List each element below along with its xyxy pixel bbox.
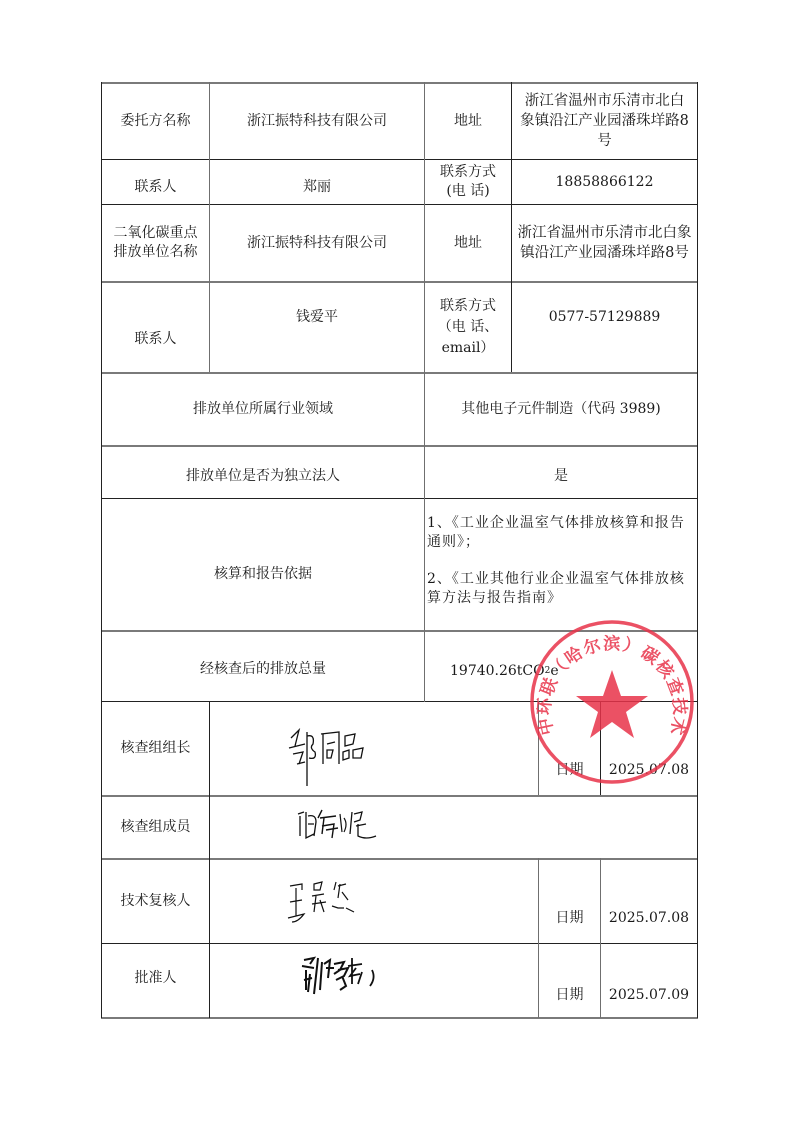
handwritten-signature-icon — [296, 804, 380, 844]
client-address-label: 地址 — [425, 83, 511, 159]
total-emissions-suffix: e — [550, 662, 558, 681]
emitter-address-label: 地址 — [425, 205, 511, 281]
col-divider — [209, 701, 210, 1018]
team-leader-signature — [285, 724, 367, 788]
basis-item: 2、《工业其他行业企业温室气体排放核算方法与报告指南》 — [427, 570, 695, 608]
team-member-label: 核查组成员 — [102, 797, 209, 858]
total-emissions-label: 经核查后的排放总量 — [102, 631, 424, 701]
total-emissions-value: 19740.26tCO2e — [425, 631, 697, 701]
total-emissions-main: 19740.26tCO — [450, 662, 545, 681]
team-member-signature — [296, 804, 380, 844]
client-contact-phone: 18858866122 — [512, 160, 697, 204]
tech-reviewer-signature — [286, 878, 358, 934]
basis-list: 1、《工业企业温室气体排放核算和报告通则》； 2、《工业其他行业企业温室气体排放… — [425, 499, 697, 630]
client-contact-label: 联系人 — [102, 160, 209, 204]
industry-value: 其他电子元件制造（代码 3989) — [425, 373, 697, 445]
team-leader-label: 核查组组长 — [102, 702, 209, 795]
client-name-label: 委托方名称 — [102, 83, 209, 159]
client-address-value: 浙江省温州市乐清市北白象镇沿江产业园潘珠垟路8号 — [512, 83, 697, 159]
emitter-contact-phone: 0577-57129889 — [512, 282, 697, 372]
handwritten-signature-icon — [286, 878, 358, 934]
handwritten-signature-icon — [285, 724, 367, 788]
table-right-border — [697, 82, 698, 1018]
tech-reviewer-date-label: 日期 — [539, 860, 600, 943]
emitter-address-value: 浙江省温州市乐清市北白象镇沿江产业园潘珠垟路8号 — [512, 205, 697, 281]
verification-report-page: 委托方名称 浙江振特科技有限公司 地址 浙江省温州市乐清市北白象镇沿江产业园潘珠… — [0, 0, 793, 1122]
client-contact-method-label: 联系方式(电 话) — [425, 160, 511, 204]
emitter-contact-method-label: 联系方式（电 话、email） — [425, 282, 511, 372]
tech-reviewer-date: 2025.07.08 — [601, 860, 697, 943]
approver-date-label: 日期 — [539, 944, 600, 1017]
emitter-contact-name: 钱爱平 — [210, 282, 424, 372]
basis-label: 核算和报告依据 — [102, 499, 424, 630]
industry-label: 排放单位所属行业领域 — [102, 373, 424, 445]
approver-label: 批准人 — [102, 944, 209, 1017]
row-divider — [101, 1017, 698, 1019]
tech-reviewer-label: 技术复核人 — [102, 860, 209, 943]
handwritten-signature-icon — [300, 954, 382, 998]
client-name-value: 浙江振特科技有限公司 — [210, 83, 424, 159]
legal-person-value: 是 — [425, 446, 697, 498]
team-leader-date: 2025.07.08 — [601, 702, 697, 795]
basis-item: 1、《工业企业温室气体排放核算和报告通则》； — [427, 514, 695, 552]
emitter-contact-label: 联系人 — [102, 282, 209, 372]
approver-signature — [300, 954, 382, 998]
team-leader-date-label: 日期 — [539, 702, 600, 795]
emitter-name-value: 浙江振特科技有限公司 — [210, 205, 424, 281]
emitter-name-label: 二氧化碳重点排放单位名称 — [102, 205, 209, 281]
legal-person-label: 排放单位是否为独立法人 — [102, 446, 424, 498]
approver-date: 2025.07.09 — [601, 944, 697, 1017]
client-contact-name: 郑丽 — [210, 160, 424, 204]
